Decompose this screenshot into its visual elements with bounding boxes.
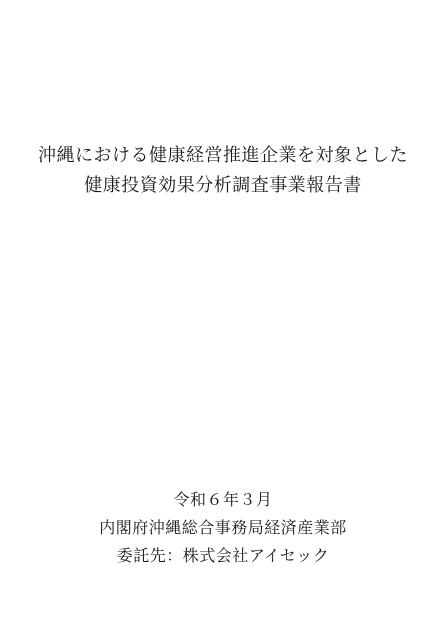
title-line-2: 健康投資効果分析調査事業報告書 (0, 171, 446, 201)
publication-date: 令和６年３月 (0, 486, 446, 514)
issuing-organization: 内閣府沖縄総合事務局経済産業部 (0, 514, 446, 542)
report-title: 沖縄における健康経営推進企業を対象とした 健康投資効果分析調査事業報告書 (0, 141, 446, 201)
report-publication-info: 令和６年３月 内閣府沖縄総合事務局経済産業部 委託先：株式会社アイセック (0, 486, 446, 570)
contractor: 委託先：株式会社アイセック (0, 542, 446, 570)
title-line-1: 沖縄における健康経営推進企業を対象とした (0, 141, 446, 171)
report-cover-page: 沖縄における健康経営推進企業を対象とした 健康投資効果分析調査事業報告書 令和６… (0, 0, 446, 630)
